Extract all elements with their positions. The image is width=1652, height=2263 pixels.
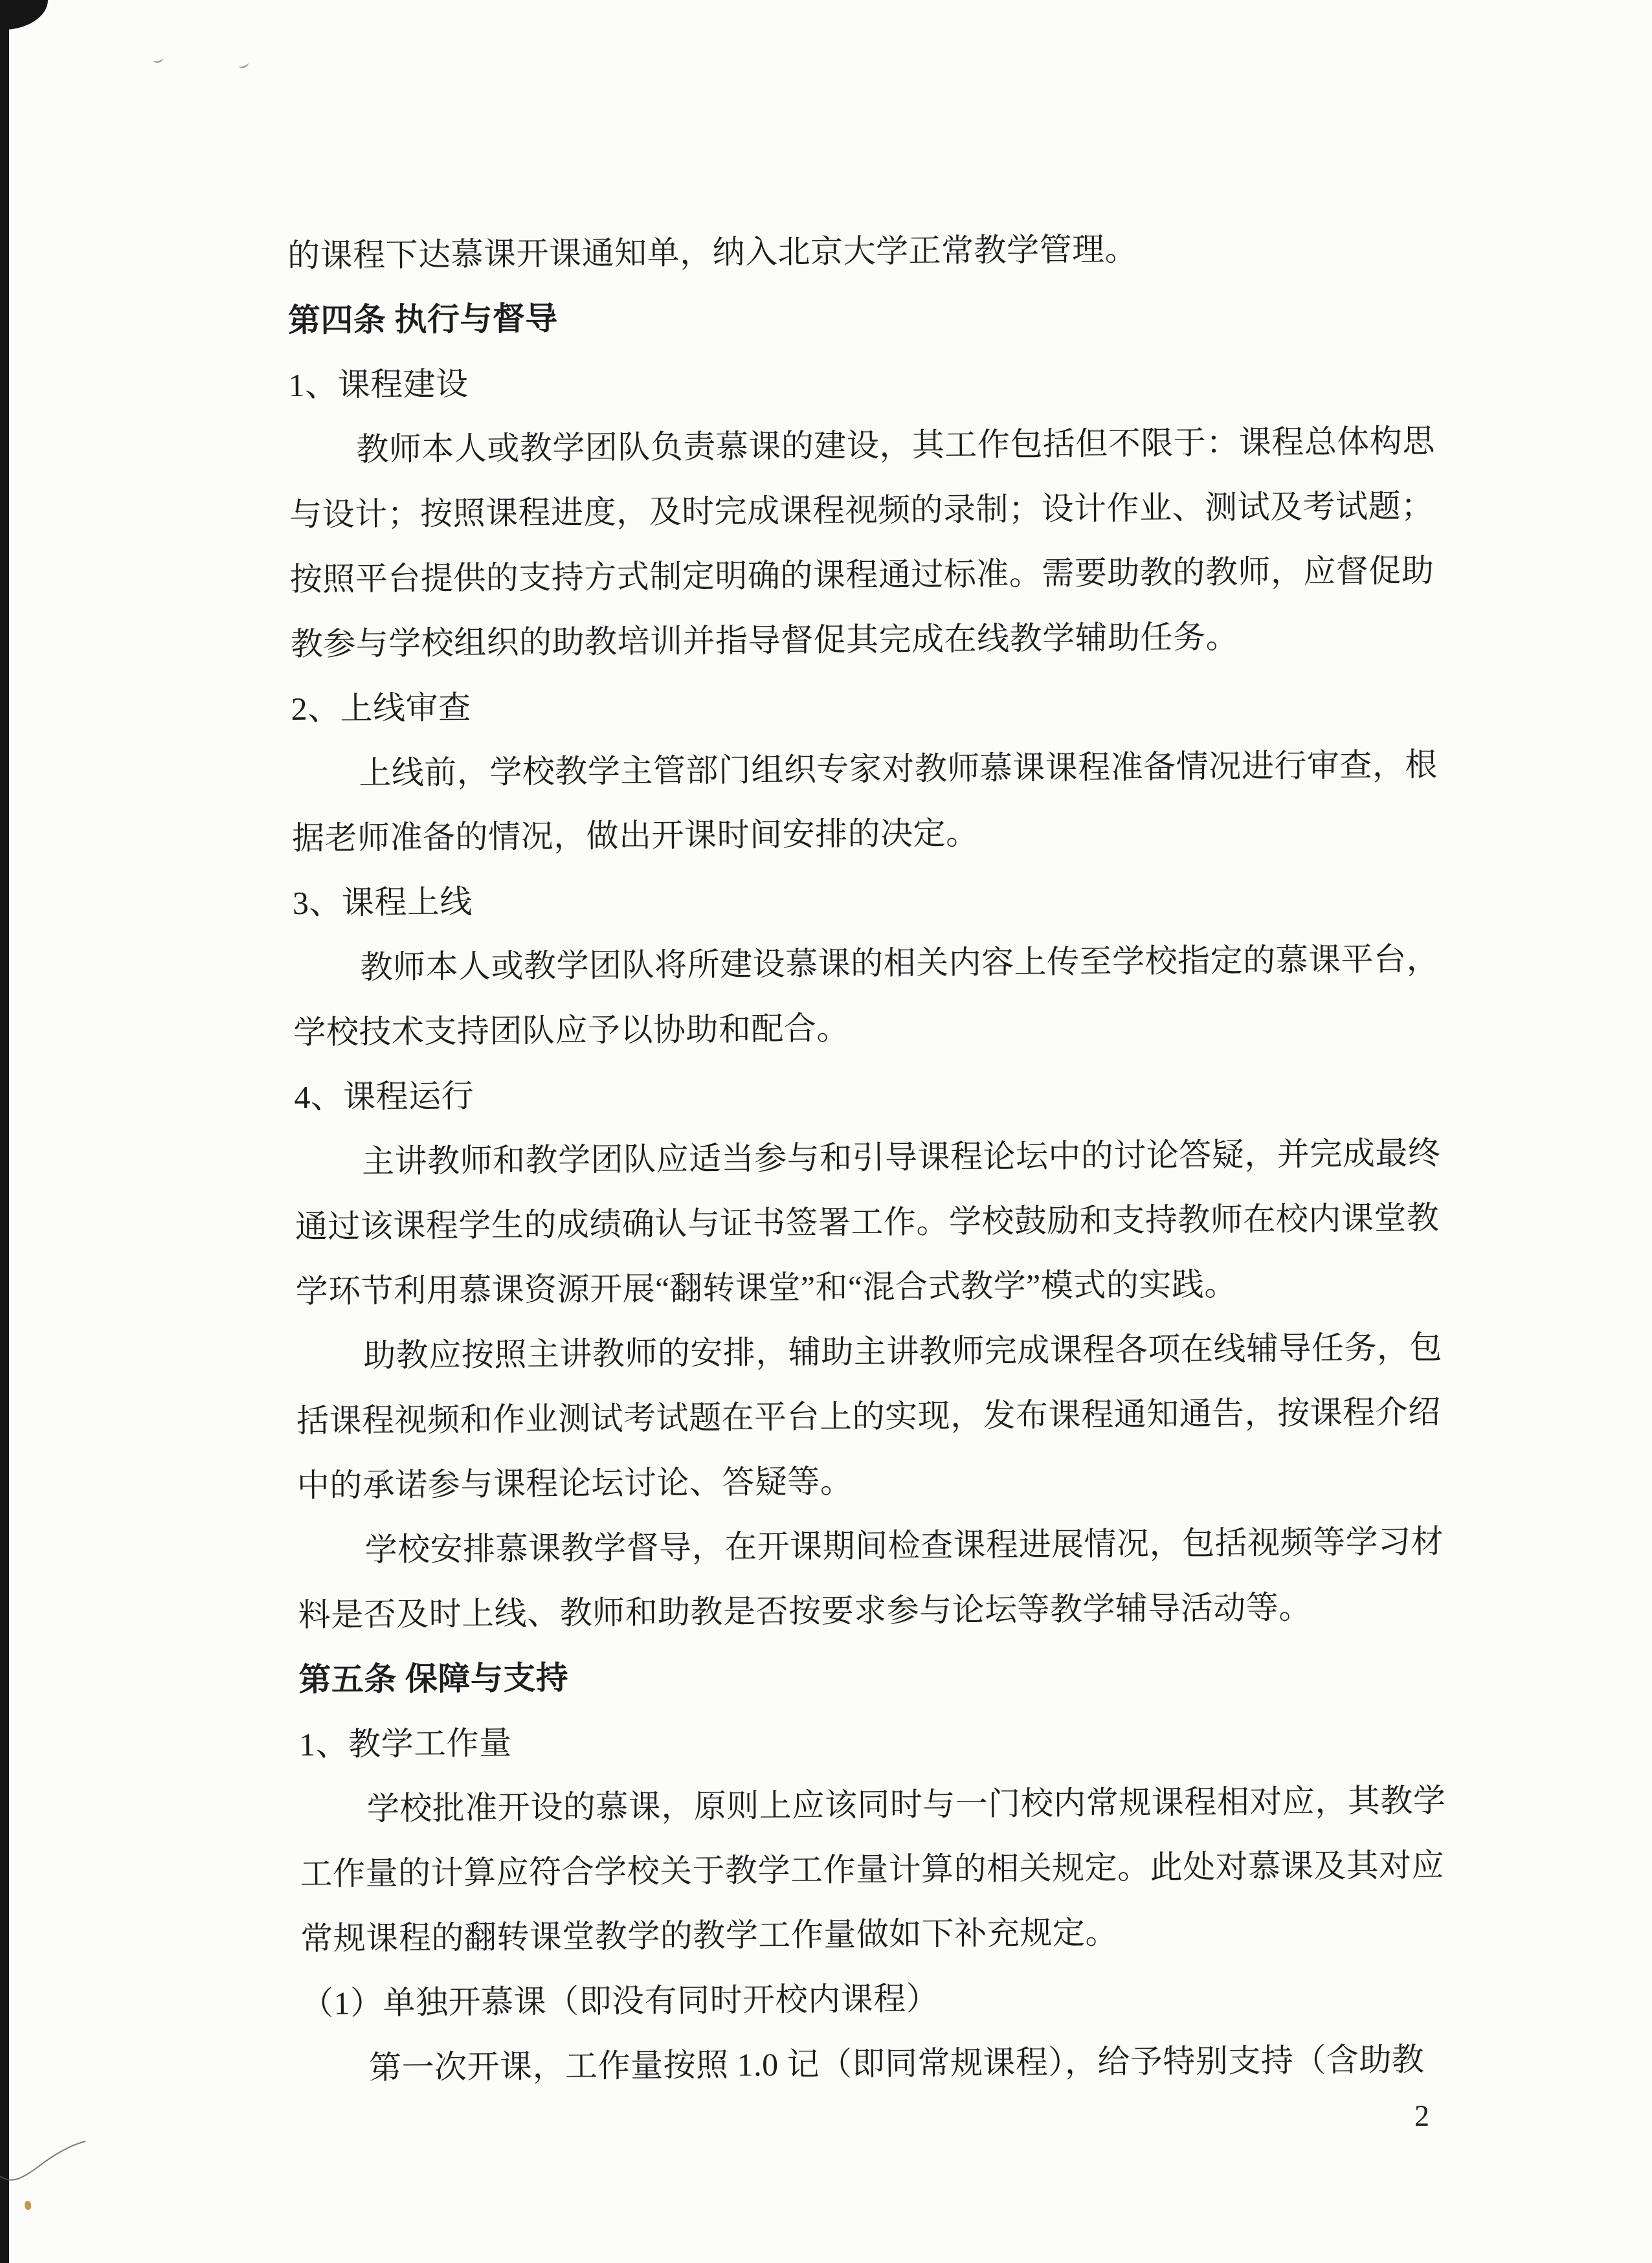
text-line: 工作量的计算应符合学校关于教学工作量计算的相关规定。此处对慕课及其对应 — [300, 1833, 1462, 1906]
heading-line: 第五条 保障与支持 — [298, 1638, 1461, 1712]
heading-line: 第四条 执行与督导 — [287, 279, 1450, 353]
text-line: 中的承诺参与课程论坛讨论、答疑等。 — [297, 1444, 1460, 1518]
text-line: 主讲教师和教学团队应适当参与和引导课程论坛中的讨论答疑，并完成最终 — [295, 1120, 1457, 1194]
text-line: 料是否及时上线、教师和助教是否按要求参与论坛等教学辅导活动等。 — [298, 1574, 1460, 1647]
text-line: 上线前，学校教学主管部门组织专家对教师慕课课程准备情况进行审查，根 — [291, 732, 1454, 806]
text-line: 的课程下达慕课开课通知单，纳入北京大学正常教学管理。 — [287, 214, 1450, 288]
text-line: 1、课程建设 — [288, 344, 1451, 418]
text-line: 按照平台提供的支持方式制定明确的课程通过标准。需要助教的教师，应督促助 — [290, 538, 1453, 612]
text-line: 教师本人或教学团队将所建设慕课的相关内容上传至学校指定的慕课平台， — [293, 926, 1455, 1000]
text-line: 3、课程上线 — [292, 862, 1455, 935]
scan-tick-mark — [238, 60, 250, 69]
text-line: 教参与学校组织的助教培训并指导督促其完成在线教学辅助任务。 — [290, 603, 1453, 676]
text-line: 通过该课程学生的成绩确认与证书签署工作。学校鼓励和支持教师在校内课堂教 — [295, 1185, 1457, 1259]
text-line: 学校批准开设的慕课，原则上应该同时与一门校内常规课程相对应，其教学 — [299, 1768, 1462, 1842]
text-line: 据老师准备的情况，做出开课时间安排的决定。 — [292, 797, 1455, 871]
text-line: 括课程视频和作业测试考试题在平台上的实现，发布课程通知通告，按课程介绍 — [296, 1379, 1459, 1453]
scan-edge-corner — [0, 0, 48, 30]
paper-speck — [25, 2201, 31, 2210]
scan-tick-mark — [152, 54, 164, 63]
scan-hairline-artifact — [0, 2117, 129, 2207]
text-line: 助教应按照主讲教师的安排，辅助主讲教师完成课程各项在线辅导任务，包 — [296, 1315, 1458, 1388]
text-line: 常规课程的翻转课堂教学的教学工作量做如下补充规定。 — [300, 1897, 1463, 1971]
scan-edge-strip — [0, 0, 9, 2263]
text-line: 学校技术支持团队应予以协助和配合。 — [293, 991, 1456, 1065]
text-line: 学校安排慕课教学督导，在开课期间检查课程进展情况，包括视频等学习材 — [297, 1509, 1460, 1583]
text-line: 4、课程运行 — [294, 1056, 1457, 1130]
page-number: 2 — [1414, 2099, 1429, 2133]
document-body: 的课程下达慕课开课通知单，纳入北京大学正常教学管理。第四条 执行与督导1、课程建… — [287, 214, 1464, 2101]
text-line: 学环节利用慕课资源开展“翻转课堂”和“混合式教学”模式的实践。 — [295, 1250, 1458, 1324]
text-line: 1、教学工作量 — [299, 1703, 1462, 1777]
text-line: （1）单独开慕课（即没有同时开校内课程） — [301, 1962, 1464, 2036]
text-line: 第一次开课，工作量按照 1.0 记（即同常规课程），给予特别支持（含助教 — [302, 2027, 1464, 2101]
text-line: 与设计；按照课程进度，及时完成课程视频的录制；设计作业、测试及考试题； — [289, 473, 1452, 547]
text-line: 2、上线审查 — [291, 667, 1453, 741]
scanned-document-page: 的课程下达慕课开课通知单，纳入北京大学正常教学管理。第四条 执行与督导1、课程建… — [0, 0, 1652, 2263]
text-line: 教师本人或教学团队负责慕课的建设，其工作包括但不限于：课程总体构思 — [289, 408, 1451, 482]
